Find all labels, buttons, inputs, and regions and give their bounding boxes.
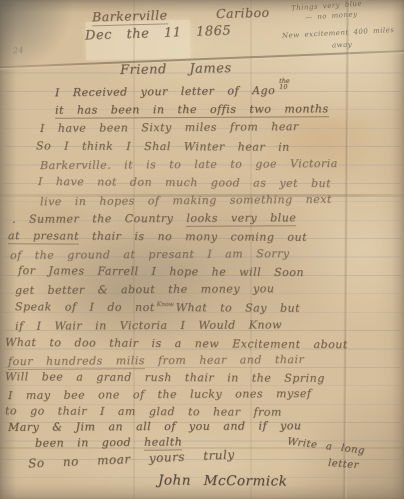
letter-line: at presant thair is no mony coming out	[8, 229, 307, 244]
margin-mark: 24	[13, 46, 25, 56]
signature: John McCormick	[158, 472, 288, 489]
letter-line: Will bee a grand rush thair in the Sprin…	[5, 370, 325, 385]
closing-aside-line-1: Write a long	[287, 436, 366, 456]
letter-line: for James Farrell I hope he will Soon	[18, 264, 304, 279]
letter-line: if I Wair in Victoria I Would Know	[15, 318, 282, 332]
crease-line	[342, 0, 349, 499]
letter-line: four hundreds milis from hear and thair	[8, 353, 304, 368]
date-line: Dec the 11 1865	[85, 23, 232, 43]
inserted-word: Know	[157, 301, 174, 308]
letter-line: of the ground at presant I am Sorry	[10, 247, 290, 262]
place-line: Barkerville Cariboo	[92, 5, 270, 25]
letter-line: . Summer the Country looks very blue	[12, 211, 296, 225]
letter-line: So I think I Shal Winter hear in	[36, 139, 290, 153]
letter-line: it has been in the offis two months	[55, 102, 329, 116]
letter-line: live in hopes of making something next	[40, 193, 332, 209]
region-name: Cariboo	[216, 5, 270, 21]
letter-line: to go thair I am glad to hear from	[5, 404, 282, 418]
letter-line: I Received your letter of Agothe10	[55, 84, 290, 99]
letter-line: get better & about the money you	[15, 282, 275, 297]
letter-line: I have been Sixty miles from hear	[40, 120, 299, 135]
place-name: Barkerville	[92, 7, 168, 26]
pencil-note-line-3: New excitement 400 miles	[282, 26, 395, 40]
letter-line: I have not don much good as yet but	[38, 175, 331, 190]
valediction: So no moar yours truly	[28, 447, 235, 470]
letter-line: been in good health	[35, 435, 182, 449]
letter-line: Barkerville. it is to late to goe Victor…	[40, 157, 338, 172]
letter-line: What to doo thair is a new Excitement ab…	[5, 336, 348, 351]
closing-aside-line-2: letter	[328, 458, 360, 471]
letter-line: Speak of I do notKnowWhat to Say but	[15, 300, 300, 314]
letter-line: I may bee one of the lucky ones mysef	[8, 387, 311, 402]
superscript-date: the10	[279, 79, 290, 90]
letter-line: Mary & Jim an all of you and if you	[8, 419, 302, 434]
pencil-note-line-2: — no money	[305, 10, 358, 22]
letter-page: Barkerville Cariboo Dec the 11 1865 Thin…	[0, 0, 404, 499]
salutation: Friend James	[120, 61, 232, 78]
pencil-note-line-4: away	[332, 40, 353, 49]
